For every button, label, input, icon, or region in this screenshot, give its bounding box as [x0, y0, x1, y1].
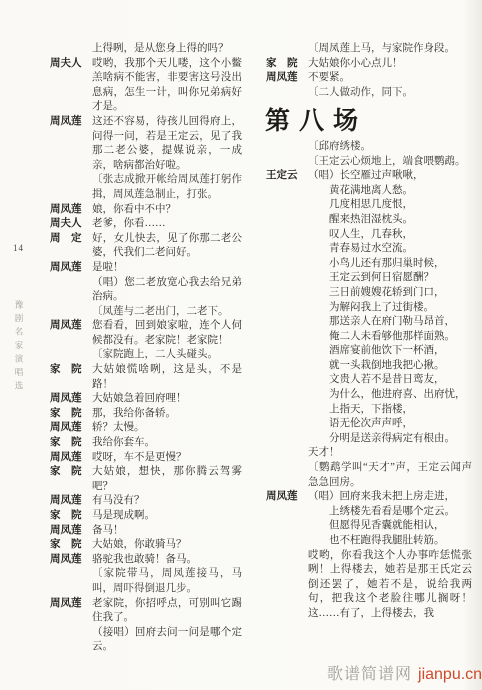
speaker-name: 周凤莲	[50, 597, 82, 612]
dialogue-entry: 家 院大姑娘你小心点儿！	[266, 57, 472, 72]
dialogue-entry: 周凤莲轿？太慢。	[50, 421, 242, 436]
stage-direction: 〔张志成掀开帐给周凤莲打躬作揖，周凤莲急制止，打张。	[92, 173, 242, 202]
speaker-name: 周凤莲	[50, 524, 82, 539]
stage-direction: 〔邱府绣楼。	[308, 140, 472, 155]
speaker-name: 周凤莲	[50, 421, 82, 436]
watermark-site-name: 歌谱简谱网	[327, 666, 412, 683]
speaker-name: 家 院	[50, 509, 82, 524]
sung-line: 文贵人若不是昔日鸾友，	[308, 373, 472, 388]
speaker-name: 周凤莲	[50, 494, 82, 509]
sung-line: 叹人生，几春秋，	[308, 228, 472, 243]
dialogue-text: 上得咧，是从您身上得的吗？	[92, 42, 242, 57]
script-page: 14 豫剧名家演唱选 上得咧，是从您身上得的吗？周夫人哎哟，我那个天儿喽，这个小…	[0, 0, 482, 690]
dialogue-text: 不要紧。	[308, 71, 472, 86]
dialogue-entry: 周凤莲老家院，你招呼点，可别叫它踢住我了。（接唱）回府去问一问是哪个定云。	[50, 597, 242, 655]
speaker-name: 周凤莲	[50, 319, 82, 334]
dialogue-text: 那，我给你备轿。	[92, 407, 242, 422]
speaker-name: 周 定	[50, 232, 82, 247]
dialogue-entry: 周凤莲（唱）回府来我未把上房走进，上绣楼先看看是哪个定云。但愿得见香囊就能相认，…	[266, 490, 472, 621]
sung-line: 醒来热泪湿枕头。	[308, 213, 472, 228]
dialogue-text: 天才！	[308, 446, 472, 461]
dialogue-entry: 王定云（唱）长空雁过声啾啾，黄花满地离人愁。几度相思几度恨，醒来热泪湿枕头。叹人…	[266, 169, 472, 490]
speaker-name: 周凤莲	[50, 203, 82, 218]
sung-line: 几度相思几度恨，	[308, 198, 472, 213]
dialogue-entry: 〔邱府绣楼。〔王定云心烦地上，端食喂鹦鹉。	[266, 140, 472, 169]
dialogue-entry: 家 院马是现成啊。	[50, 509, 242, 524]
dialogue-text: 大姑娘，你敢骑马？	[92, 538, 242, 553]
dialogue-entry: 家 院大姑娘，想快，那你腾云驾雾吧？	[50, 465, 242, 494]
dialogue-text: 哎哟，我那个天儿喽，这个小鳖羔啥病不能害，非要害这号没出息病，怎生一计，叫你兄弟…	[92, 57, 242, 115]
speaker-name: 家 院	[50, 407, 82, 422]
sung-line: 那送亲人在府门勒马昂首，	[308, 315, 472, 330]
right-column: 〔周凤莲上马，与家院作身段。家 院大姑娘你小心点儿！周凤莲不要紧。〔二人做动作，…	[266, 42, 472, 622]
left-column: 上得咧，是从您身上得的吗？周夫人哎哟，我那个天儿喽，这个小鳖羔啥病不能害，非要害…	[50, 42, 242, 655]
speaker-name: 家 院	[50, 538, 82, 553]
speaker-name: 家 院	[50, 436, 82, 451]
sung-line: 俺二人未看够他那样面熟。	[308, 330, 472, 345]
stage-direction: 〔凤莲与二老出门，二老下。	[92, 305, 242, 320]
speaker-name: 王定云	[266, 169, 298, 184]
stage-direction: 〔鹦鹉学叫“天才”声，王定云闻声急急回房。	[308, 461, 472, 490]
watermark: 歌谱简谱网jianpu.cn	[327, 661, 482, 684]
sung-line: 但愿得见香囊就能相认，	[308, 519, 472, 534]
speaker-name: 周凤莲	[50, 261, 82, 276]
stage-direction: 〔家院跑上，二人头碰头。	[92, 348, 242, 363]
sung-line: 酒席宴前他饮下一杯酒，	[308, 344, 472, 359]
dialogue-text: 哎哟，你看我这个人办事咋恁慌张咧！上得楼去，她若是那王氏定云倒还罢了，她若不是，…	[308, 549, 472, 622]
speaker-name: 家 院	[266, 57, 298, 72]
dialogue-entry: 周凤莲哎呀，车不是更慢？	[50, 451, 242, 466]
dialogue-entry: 周凤莲您看看，回到娘家啦，连个人伺候都没有。老家院！老家院！〔家院跑上，二人头碰…	[50, 319, 242, 363]
dialogue-entry: 周夫人哎哟，我那个天儿喽，这个小鳖羔啥病不能害，非要害这号没出息病，怎生一计，叫…	[50, 57, 242, 115]
sung-line: 分明是送亲得病定有根由。	[308, 432, 472, 447]
dialogue-entry: 周夫人老爹，你看……	[50, 217, 242, 232]
speaker-name: 周凤莲	[266, 490, 298, 505]
dialogue-text: 是啦！	[92, 261, 242, 276]
dialogue-text: 大姑娘急着回府哩！	[92, 392, 242, 407]
speaker-name: 家 院	[50, 465, 82, 480]
speaker-name: 周凤莲	[50, 553, 82, 568]
sung-line: 就一头栽倒地我把心揪。	[308, 359, 472, 374]
dialogue-text: 有马没有？	[92, 494, 242, 509]
sung-line: 小鸟儿还有那归巢时候，	[308, 257, 472, 272]
page-number: 14	[13, 243, 24, 253]
sung-line: 上绣楼先看看是哪个定云。	[308, 505, 472, 520]
speaker-name: 周凤莲	[50, 392, 82, 407]
dialogue-text: 轿？太慢。	[92, 421, 242, 436]
dialogue-entry: 周凤莲是啦！（唱）您二老放宽心我去给兄弟治病。〔凤莲与二老出门，二老下。	[50, 261, 242, 319]
spine-text: 豫剧名家演唱选	[13, 300, 25, 395]
sung-line: 也不枉跑得我腿肚转筋。	[308, 534, 472, 549]
sung-line: 王定云到何日宿愿酬？	[308, 271, 472, 286]
sung-line: 语无伦次声声呼，	[308, 417, 472, 432]
dialogue-entry: 周凤莲娘，你看中不中？	[50, 203, 242, 218]
dialogue-text: 大姑娘慌啥咧，这是头，不是路！	[92, 363, 242, 392]
dialogue-text: 老家院，你招呼点，可别叫它踢住我了。	[92, 597, 242, 626]
speaker-name: 周夫人	[50, 57, 82, 72]
stage-direction: 〔二人做动作，同下。	[308, 86, 472, 101]
dialogue-text: 我给你套车。	[92, 436, 242, 451]
speaker-name: 周凤莲	[50, 115, 82, 130]
scene-title: 第八场	[265, 114, 472, 129]
stage-direction: 〔周凤莲上马，与家院作身段。	[308, 42, 472, 57]
sung-line: 三日前嫂嫂花轿到门口，	[308, 286, 472, 301]
dialogue-entry: 周凤莲骆驼我也敢骑！备马。〔家院带马，周凤莲接马，马叫，周吓得倒退几步。	[50, 553, 242, 597]
stage-direction: 〔王定云心烦地上，端食喂鹦鹉。	[308, 155, 472, 170]
dialogue-text: 大姑娘你小心点儿！	[308, 57, 472, 72]
dialogue-entry: 周 定好，女儿快去，见了你那二老公婆，代我们二老问好。	[50, 232, 242, 261]
dialogue-text: 哎呀，车不是更慢？	[92, 451, 242, 466]
dialogue-entry: 家 院大姑娘，你敢骑马？	[50, 538, 242, 553]
dialogue-entry: 家 院大姑娘慌啥咧，这是头，不是路！	[50, 363, 242, 392]
stage-direction: 〔家院带马，周凤莲接马，马叫，周吓得倒退几步。	[92, 567, 242, 596]
sung-line: 青春易过水空流。	[308, 242, 472, 257]
dialogue-text: （唱）长空雁过声啾啾，	[308, 169, 472, 184]
dialogue-text: 大姑娘，想快，那你腾云驾雾吧？	[92, 465, 242, 494]
dialogue-text: 好，女儿快去，见了你那二老公婆，代我们二老问好。	[92, 232, 242, 261]
dialogue-text: 骆驼我也敢骑！备马。	[92, 553, 242, 568]
dialogue-text: （唱）回府来我未把上房走进，	[308, 490, 472, 505]
dialogue-text: （唱）您二老放宽心我去给兄弟治病。	[92, 276, 242, 305]
sung-line: 为什么，他进府喜、出府忧，	[308, 388, 472, 403]
sung-line: 黄花满地离人愁。	[308, 184, 472, 199]
dialogue-entry: 家 院那，我给你备轿。	[50, 407, 242, 422]
dialogue-text: 老爹，你看……	[92, 217, 242, 232]
dialogue-text: 马是现成啊。	[92, 509, 242, 524]
watermark-site-url: jianpu.cn	[418, 666, 482, 683]
dialogue-entry: 家 院我给你套车。	[50, 436, 242, 451]
dialogue-entry: 〔周凤莲上马，与家院作身段。	[266, 42, 472, 57]
dialogue-entry: 周凤莲这还不容易，待孩儿回得府上，问得一问，若是王定云，见了我那二老公婆，提媒说…	[50, 115, 242, 203]
speaker-name: 周凤莲	[266, 71, 298, 86]
speaker-name: 周夫人	[50, 217, 82, 232]
sung-line: 为解闷我上了过街楼。	[308, 301, 472, 316]
dialogue-entry: 上得咧，是从您身上得的吗？	[50, 42, 242, 57]
sung-line: 上指天，下指楼，	[308, 403, 472, 418]
speaker-name: 周凤莲	[50, 451, 82, 466]
dialogue-entry: 周凤莲有马没有？	[50, 494, 242, 509]
dialogue-text: （接唱）回府去问一问是哪个定云。	[92, 626, 242, 655]
dialogue-text: 备马！	[92, 524, 242, 539]
dialogue-entry: 周凤莲不要紧。〔二人做动作，同下。	[266, 71, 472, 100]
dialogue-text: 您看看，回到娘家啦，连个人伺候都没有。老家院！老家院！	[92, 319, 242, 348]
speaker-name: 家 院	[50, 363, 82, 378]
dialogue-text: 娘，你看中不中？	[92, 203, 242, 218]
dialogue-entry: 周凤莲大姑娘急着回府哩！	[50, 392, 242, 407]
dialogue-entry: 周凤莲备马！	[50, 524, 242, 539]
dialogue-text: 这还不容易，待孩儿回得府上，问得一问，若是王定云，见了我那二老公婆，提媒说亲，一…	[92, 115, 242, 173]
